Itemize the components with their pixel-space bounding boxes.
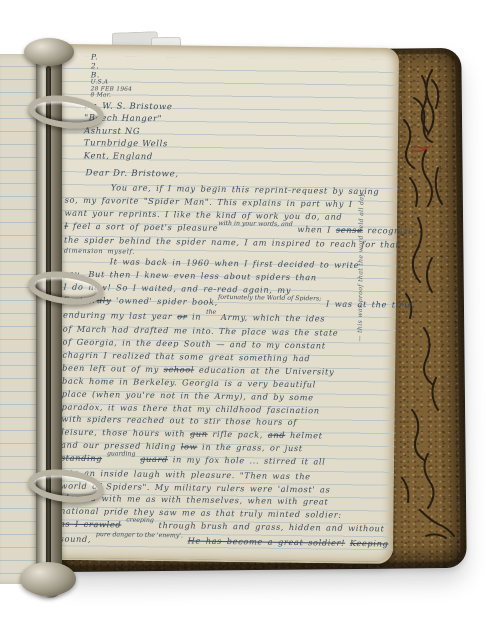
crossed-out-text: school [164,364,195,374]
interline-insertion: fortunately the World of Spiders; [218,294,321,303]
crossed-out-text: He has become a great soldier! [188,535,346,547]
letter-body: You are, if I may begin this reprint-req… [60,181,387,553]
crossed-out-text: gun [190,429,208,439]
crossed-out-text: and [268,430,286,440]
letter-salutation: Dear Dr. Bristowe, [86,168,179,179]
letter-corner-annotations: P.2.B.U.S.A28 FEB 19648 Mar. [90,52,132,99]
crossed-out-text: or [177,311,187,321]
photo-of-ring-binder: P.2.B.U.S.A28 FEB 19648 Mar. Dr. W. S. B… [0,0,500,625]
crossed-out-text: as I crawled [60,519,122,530]
crossed-out-text: guard [140,454,168,464]
crossed-out-text: I [64,220,68,230]
annotation-line: B. [91,70,133,80]
crossed-out-text: low [181,441,198,451]
interline-insertion: pure danger to the 'enemy'. [96,531,183,539]
notebook-page: P.2.B.U.S.A28 FEB 19648 Mar. Dr. W. S. B… [53,44,399,564]
interline-insertion: creeping [126,517,154,524]
interline-insertion: guarding [107,450,136,457]
address-line: Kent, England [84,149,172,162]
spine-end-cap [20,562,76,596]
left-page-edge [0,54,40,584]
crossed-out-text: standing [61,452,102,463]
annotation-line: P. [91,52,133,62]
interline-insertion: with in your words, and [218,219,293,227]
annotation-line: 2. [91,61,133,71]
interline-insertion: the [206,308,216,315]
address-line: Ashurst NG [84,124,172,137]
spine-end-cap [24,38,74,66]
address-line: Turnbridge Wells [84,136,172,149]
crossed-out-text: Keeping [350,538,389,549]
